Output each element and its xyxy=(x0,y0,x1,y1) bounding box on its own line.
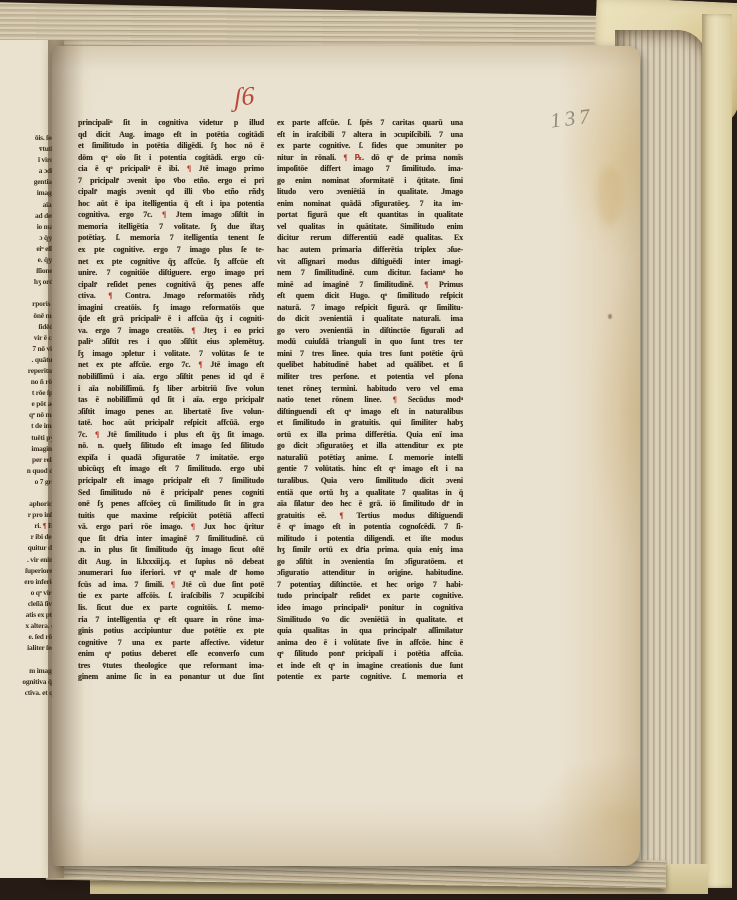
text-line: aīa ſīlatur deo hec ē grā. iō ſimilitudo… xyxy=(277,498,463,510)
text-line: ginis potius accipiuntur due potētie ex … xyxy=(78,625,264,637)
line-text: do dicit ɔvenientiā i qualitate naturali… xyxy=(277,314,463,323)
text-line: no ñ rōe xyxy=(0,376,55,387)
text-line: aīa ī xyxy=(0,199,55,210)
line-text: nem 7 ſimilitudinē. cum dicitur. faciamᵘ… xyxy=(277,268,463,277)
line-text: impoſitōe differt imago 7 ſimilitudo. im… xyxy=(277,164,463,173)
line-text: Primus xyxy=(428,280,463,289)
text-line: e. ſed rōe xyxy=(0,631,55,642)
line-text: modū cuiuſdā trianguli in quo ſunt tres … xyxy=(277,337,463,346)
text-line: aphorice xyxy=(0,498,55,509)
text-line: gentie 7 volūtatis. hinc eſt qᵒ imago eſ… xyxy=(277,463,463,475)
text-line: et inde eſt qᵒ in imagine creationis due… xyxy=(277,660,463,672)
text-line: do dicit ɔvenientiā i qualitate naturali… xyxy=(277,313,463,325)
text-line: imagine xyxy=(0,443,55,454)
text-line: hʒ ordi xyxy=(0,276,55,287)
vellum-cover-right-edge xyxy=(702,14,732,888)
text-line: 7 potentiaʒ diſtinctōe. et hec origo 7 h… xyxy=(277,579,463,591)
text-line: v̄tuti- xyxy=(0,143,55,154)
text-line: litudo vero ɔveniētiā in qualitate. Jmag… xyxy=(277,186,463,198)
line-text: diſtinguendi eſt qᵒ imago eſt in natural… xyxy=(277,407,463,416)
text-line: modū cuiuſdā trianguli in quo ſunt tres … xyxy=(277,336,463,348)
line-text: ſʒ imago ɔpletur i volitate. 7 volūtas ſ… xyxy=(78,349,264,358)
red-quire-mark: ʃ6 xyxy=(234,81,255,114)
line-text: ortū ex illa prima differētia. Quia enī … xyxy=(277,430,463,439)
text-line: t de ima xyxy=(0,420,55,431)
text-line: ginem anime ſic in ea ponantur ut due ſi… xyxy=(78,671,264,683)
line-text: qᵒ ſīlitudo ponr̄ pricipalī i potētia af… xyxy=(277,649,463,658)
text-line: e pōt ad xyxy=(0,398,55,409)
line-text: cipalr̄ magis ɔvenit qd illi v̄bo etño r… xyxy=(78,187,264,196)
text-line: enim nominat quādā ɔfiguratōeʒ. 7 ita im… xyxy=(277,198,463,210)
line-text: cia ē qᵒ pricipaliᵘ ē ibi. xyxy=(78,164,187,173)
text-line: militudo i potentia diligendi. et iſte m… xyxy=(277,533,463,545)
text-line: 7 nō vir xyxy=(0,343,55,354)
line-text: Jtē ſimilitudo i plus eſt q̄ʒ ſit imago. xyxy=(99,430,264,439)
line-text: q̄de eſt grā pricipaliᵘ ē i affcūa q̄ʒ i… xyxy=(78,314,264,323)
text-line: vel qualitas in quātitate. Similitudo en… xyxy=(277,221,463,233)
text-line: e. q̄ʒū xyxy=(0,254,55,265)
text-line: 7 pricipalr̄ ɔvenit ipo v̄bo etño. ergo … xyxy=(78,175,264,187)
text-line: atis ex pte xyxy=(0,609,55,620)
text-line: hoc aūt ē ipa itelligentia q̄ eſt i ipa … xyxy=(78,198,264,210)
line-text: ex pte cognitive. ergo 7 imago plus ſe t… xyxy=(78,245,264,254)
line-text: Secūdus modᵘ xyxy=(397,395,463,404)
text-line: cleſiā ſive xyxy=(0,598,55,609)
text-line: nem 7 ſimilitudinē. cum dicitur. faciamᵘ… xyxy=(277,267,463,279)
text-line: dicitur rerum differentiū eadē qualitas.… xyxy=(277,232,463,244)
line-text: anima deo ē i volūtate ſive in affcōe. h… xyxy=(277,638,463,647)
line-text: Jtē imago primo xyxy=(191,164,264,173)
text-line: unire. 7 cognitiōe diſtiguere. ergo imag… xyxy=(78,267,264,279)
text-line: ex parte cognitive. ſ. fides que ɔmunite… xyxy=(277,140,463,152)
line-text: tatē. hoc aūt pricipalr̄ reſpicit affcūā… xyxy=(78,418,264,427)
text-line: eſt quem dicit Hugo. qᵒ ſimilitudo reſpi… xyxy=(277,290,463,302)
text-line: entiā que ortū hʒ a qualitate 7 qualitas… xyxy=(277,487,463,499)
text-line xyxy=(0,487,55,498)
ink-speck xyxy=(608,314,612,319)
line-text: militer tres perſone. et potentia vel pſ… xyxy=(277,372,463,381)
line-text: Jux hoc q̄ritur xyxy=(195,522,264,531)
text-line: go vero ɔvenientiā in diſtinctōe figural… xyxy=(277,325,463,337)
text-line xyxy=(0,287,55,298)
text-line: et ſimilitudo in gratuitis. qui ſimilite… xyxy=(277,417,463,429)
line-text: Jtē cū due ſint potē xyxy=(175,580,264,589)
line-text: et inde eſt qᵒ in imagine creationis due… xyxy=(277,661,463,670)
text-line: turalibus. Quia vero ſimilitudo dicit ɔv… xyxy=(277,475,463,487)
line-text: go dicit ɔfiguratōeʒ et illa attenditur … xyxy=(277,441,463,450)
line-text: cipalr̄ reſidet penes cognitivā q̄ʒ pene… xyxy=(78,280,264,289)
text-line: onē ſʒ penes affcōeʒ cū ſimilitudo ſit i… xyxy=(78,498,264,510)
line-text: dit Aug. in li.lxxxiij.q. et ſupius nō d… xyxy=(78,557,264,566)
text-line: qᵒ ſīlitudo ponr̄ pricipalī i potētia af… xyxy=(277,648,463,660)
line-text: nobiliſſimū i aīa. ergo ɔſiſtit penes id… xyxy=(78,372,264,381)
text-line: gratuitis eē. ¶ Tertius modus diſtiguend… xyxy=(277,510,463,522)
line-text: vel qualitas in quātitate. Similitudo en… xyxy=(277,222,463,231)
text-line: a ɔdiᵘ xyxy=(0,165,55,176)
text-line: q̄de eſt grā pricipaliᵘ ē i affcūa q̄ʒ i… xyxy=(78,313,264,325)
line-text: 7 potentiaʒ diſtinctōe. et hec origo 7 h… xyxy=(277,580,463,589)
text-line: potentie ex parte cognitive. ſ. memoria … xyxy=(277,671,463,683)
text-line: eiᵘ eſſe xyxy=(0,243,55,254)
line-text: ginem anime ſic in ea ponantur ut due ſi… xyxy=(78,672,264,681)
text-line: vā. ergo pari rōe imago. ¶ Jux hoc q̄rit… xyxy=(78,521,264,533)
rubric-mark: ¶ xyxy=(343,153,347,162)
text-line: ɔſiſtit imago penes ar. libertatē ſive v… xyxy=(78,406,264,418)
line-text: tie ex parte affcōis. ſ. iraſcibilis 7 ɔ… xyxy=(78,591,264,600)
text-line: ex parte affcūe. ſ. ſpēs 7 caritas quarū… xyxy=(277,117,463,129)
text-line: t rōe ſpᵘ xyxy=(0,387,55,398)
line-text: turalibus. Quia vero ſimilitudo dicit ɔv… xyxy=(277,476,463,485)
line-text: naturaliū potētiaʒ anime. ſ. memorie int… xyxy=(277,453,463,462)
line-text: ri. xyxy=(34,521,42,530)
text-line: hac autem primaria differētia triplex ɔſ… xyxy=(277,244,463,256)
line-text: tuitis que maxime reſpiciūt potētiā affe… xyxy=(78,511,264,520)
line-text: go enim nominat ɔformitatē i q̄titate. ſ… xyxy=(277,176,463,185)
text-line: x altera. q̄ xyxy=(0,620,55,631)
line-text: nō. n. quelʒ ſīlitudo eſt imago ſed ſīli… xyxy=(78,441,264,450)
line-text: et ſimilitudo in gratuitis. qui ſimilite… xyxy=(277,418,463,427)
text-line: io maſ xyxy=(0,221,55,232)
text-line: ſʒ imago ɔpletur i volitate. 7 volūtas ſ… xyxy=(78,348,264,360)
line-text: ē qᵒ imago eſt in potentia cognoſcēdi. 7… xyxy=(277,522,463,531)
text-line: cognitiva. ergo 7c. ¶ Jtem imago ɔſiſtit… xyxy=(78,209,264,221)
line-text: go ɔſiſtit in ɔvenientia ſm ɔfiguratōem.… xyxy=(277,557,463,566)
text-line: gentiaʒ xyxy=(0,176,55,187)
line-text: ubicūqʒ eſt imago eſt 7 ſimilitudo. ergo… xyxy=(78,464,264,473)
text-line: rporis ē xyxy=(0,298,55,309)
text-line: militer tres perſone. et potentia vel pſ… xyxy=(277,371,463,383)
line-text: litudo vero ɔveniētiā in qualitate. Jmag… xyxy=(277,187,463,196)
line-text: Similitudo v̄o dic ɔveniētiā in qualitat… xyxy=(277,615,463,624)
text-line: ē qᵒ imago eſt in potentia cognoſcēdi. 7… xyxy=(277,521,463,533)
line-text: dicitur rerum differentiū eadē qualitas.… xyxy=(277,233,463,242)
line-text: dōm qᵒ oīo ſit i potentia cogitādi. ergo… xyxy=(78,153,264,162)
line-text: vit aſſignari modus diſtiguēdi inter ima… xyxy=(277,257,463,266)
text-line: quelibet habitudinē habet ad quālibet. e… xyxy=(277,359,463,371)
text-line: Similitudo v̄o dic ɔveniētiā in qualitat… xyxy=(277,614,463,626)
line-text: tenet rōneʒ termini. habitudo vero vel e… xyxy=(277,384,463,393)
text-line: net ex pte cognitive q̄ʒ affcūe. ſʒ affc… xyxy=(78,256,264,268)
text-line: ſidēdi xyxy=(0,321,55,332)
text-line: go enim nominat ɔformitatē i q̄titate. ſ… xyxy=(277,175,463,187)
text-line: ctiva. ¶ Contra. Jmago reformatōis rñdʒ xyxy=(78,290,264,302)
text-line: ōis. ſed xyxy=(0,132,55,143)
line-text: ɔſiſtit imago penes ar. libertatē ſive v… xyxy=(78,407,264,416)
line-text: unire. 7 cognitiōe diſtiguere. ergo imag… xyxy=(78,268,264,277)
line-text: natio tenet rōnem linee. xyxy=(277,395,393,404)
text-line: pricipalr̄ eſt imago pricipalr̄ eſt 7 ſi… xyxy=(78,475,264,487)
line-text: imagini creatōis. ſʒ imago reformatōis q… xyxy=(78,303,264,312)
line-text: ɔnumerari ſuo iferiori. vr̄ qᵒ male dr̄ … xyxy=(78,568,264,577)
text-line: potētiaʒ. ſ. memoria 7 itelligentia tene… xyxy=(78,232,264,244)
line-text: Jteʒ i eo prici xyxy=(196,326,264,335)
text-line: qd dicit Aug. imago eſt in potētia cogit… xyxy=(78,129,264,141)
line-text: net ex pte cognitive q̄ʒ affcūe. ſʒ affc… xyxy=(78,257,264,266)
text-line: eſt in iraſcibili 7 altera in ɔcupiſcibi… xyxy=(277,129,463,141)
text-line: vir ē ca xyxy=(0,332,55,343)
text-column-2: ex parte affcūe. ſ. ſpēs 7 caritas quarū… xyxy=(277,117,463,683)
text-line: . vir enim xyxy=(0,554,55,565)
line-text: quia qualitas in qua principalr̄ aſſimil… xyxy=(277,626,463,635)
text-column-1: principaliᵘ ſit in cognitiva videtur p i… xyxy=(78,117,264,683)
line-text: va. ergo 7 imago creatōis. xyxy=(78,326,191,335)
text-line: r pro inſe xyxy=(0,509,55,520)
text-line: ctiva. et qᵒ xyxy=(0,687,55,698)
two-column-text-block: principaliᵘ ſit in cognitiva videtur p i… xyxy=(78,117,463,683)
text-line: cipalr̄ magis ɔvenit qd illi v̄bo etño r… xyxy=(78,186,264,198)
text-line: portat figurā que eſt quantitas in quali… xyxy=(277,209,463,221)
facing-page-line-endings: ōis. ſedv̄tuti-ī viro,a ɔdiᵘgentiaʒimago… xyxy=(0,132,55,698)
text-line: tuitis que maxime reſpiciūt potētiā affe… xyxy=(78,510,264,522)
text-line: ialiter ſed xyxy=(0,642,55,653)
line-text: qd dicit Aug. imago eſt in potētia cogit… xyxy=(78,130,264,139)
text-line: tres v̄tutes theologice que reformant im… xyxy=(78,660,264,672)
line-text: memoria itelligētia 7 volitate. ſʒ due i… xyxy=(78,222,264,231)
line-text: fcūs ad ima. 7 ſimili. xyxy=(78,580,171,589)
line-text: hʒ ſimilr ortū ex dr̄ia prima. quia eniʒ… xyxy=(277,545,463,554)
text-line: go ɔſiſtit in ɔvenientia ſm ɔfiguratōem.… xyxy=(277,556,463,568)
text-line: ex pte cognitive. ergo 7 imago plus ſe t… xyxy=(78,244,264,256)
text-line: o qᵒ vir ſ xyxy=(0,587,55,598)
line-text: ɔfiguratio attenditur in origine. habitu… xyxy=(277,568,463,577)
line-text: eſt in iraſcibili 7 altera in ɔcupiſcibi… xyxy=(277,130,463,139)
text-line: dit Aug. in li.lxxxiij.q. et ſupius nō d… xyxy=(78,556,264,568)
text-line: go dicit ɔfiguratōeʒ et illa attenditur … xyxy=(277,440,463,452)
text-line: expīſa i quadā ɔfiguratōe 7 imitatōe. er… xyxy=(78,452,264,464)
line-text: mini 7 tres linee. quia tres ſunt potēti… xyxy=(277,349,463,358)
line-text: ria 7 intelligentia qᵒ eſt quare in rōne… xyxy=(78,615,264,624)
text-line: tudo principalr̄ reſidet ex parte cognit… xyxy=(277,590,463,602)
line-text: ex parte cognitive. ſ. fides que ɔmunite… xyxy=(277,141,463,150)
text-line: imagini creatōis. ſʒ imago reformatōis q… xyxy=(78,302,264,314)
line-text: eſt quem dicit Hugo. qᵒ ſimilitudo reſpi… xyxy=(277,291,463,300)
line-text: Tertius modus diſtiguendi xyxy=(344,511,463,520)
text-line: nitur in rōnali. ¶ ℞. dō qᵒ de prima nom… xyxy=(277,152,463,164)
text-line: tie ex parte affcōis. ſ. iraſcibilis 7 ɔ… xyxy=(78,590,264,602)
text-line: principaliᵘ ſit in cognitiva videtur p i… xyxy=(78,117,264,129)
rubric-mark: ℞ xyxy=(355,153,362,162)
text-line: Sed ſimilitudo nō ē pricipalr̄ penes cog… xyxy=(78,487,264,499)
text-line: diſtinguendi eſt qᵒ imago eſt in natural… xyxy=(277,406,463,418)
line-text: naturā. 7 imago reſpicit figurā. qr ſimi… xyxy=(277,303,463,312)
line-text: entiā que ortū hʒ a qualitate 7 qualitas… xyxy=(277,488,463,497)
gutter-shadow xyxy=(48,40,84,878)
text-line: quitur de xyxy=(0,542,55,553)
line-text: hac autem primaria differētia triplex ɔſ… xyxy=(277,245,463,254)
line-text: onē ſʒ penes affcōeʒ cū ſimilitudo ſit i… xyxy=(78,499,264,508)
text-line: quia qualitas in qua principalr̄ aſſimil… xyxy=(277,625,463,637)
line-text: tas ē nobiliſſimū qd ſit i aīa. ergo pri… xyxy=(78,395,264,404)
text-line: tas ē nobiliſſimū qd ſit i aīa. ergo pri… xyxy=(78,394,264,406)
line-text: et ſimilitudo in potētia diligēdi. ſʒ ho… xyxy=(78,141,264,150)
line-text: Jtē imago eſt xyxy=(203,360,265,369)
text-line: fcūs ad ima. 7 ſimili. ¶ Jtē cū due ſint… xyxy=(78,579,264,591)
line-text: cognitiva. ergo 7c. xyxy=(78,210,162,219)
line-text: enim qᵒ potius deberet eſſe econverſo cu… xyxy=(78,649,264,658)
text-line: enim qᵒ potius deberet eſſe econverſo cu… xyxy=(78,648,264,660)
line-text: gentie 7 volūtatis. hinc eſt qᵒ imago eſ… xyxy=(277,464,463,473)
text-line: tuēti pʒ. xyxy=(0,432,55,443)
text-line: per rela xyxy=(0,454,55,465)
line-text: gratuitis eē. xyxy=(277,511,339,520)
text-line: ri. ¶ Et xyxy=(0,520,55,531)
text-line: net ex pte affcūe. ergo 7c. ¶ Jtē imago … xyxy=(78,359,264,371)
recto-page: ʃ6 137 principaliᵘ ſit in cognitiva vide… xyxy=(52,46,640,866)
text-line: r ibi de ī xyxy=(0,531,55,542)
line-text: ginis potius accipiuntur due potētie ex … xyxy=(78,626,264,635)
line-text: i aīa nobiliſſimū. ſʒ liber arbitriū ſiv… xyxy=(78,384,264,393)
line-text: que ſit dr̄ia inter imaginē 7 ſimilitudi… xyxy=(78,534,264,543)
text-line: ubicūqʒ eſt imago eſt 7 ſimilitudo. ergo… xyxy=(78,463,264,475)
text-line: naturaliū potētiaʒ anime. ſ. memorie int… xyxy=(277,452,463,464)
line-text: ideo imago principaliᵘ ponitur in cognit… xyxy=(277,603,463,612)
line-text: cognitive 7 una ex parte affective. vide… xyxy=(78,638,264,647)
text-line: tenet rōneʒ termini. habitudo vero vel e… xyxy=(277,383,463,395)
text-line: imago xyxy=(0,187,55,198)
line-text: enim nominat quādā ɔfiguratōeʒ. 7 ita im… xyxy=(277,199,463,208)
text-line: memoria itelligētia 7 volitate. ſʒ due i… xyxy=(78,221,264,233)
text-line: ī viro, xyxy=(0,154,55,165)
line-text: 7 pricipalr̄ ɔvenit ipo v̄bo etño. ergo … xyxy=(78,176,264,185)
text-line: et ſimilitudo in potētia diligēdi. ſʒ ho… xyxy=(78,140,264,152)
text-line: ognitiva q̄ʒ xyxy=(0,676,55,687)
line-text: net ex pte affcūe. ergo 7c. xyxy=(78,360,198,369)
line-text: tudo principalr̄ reſidet ex parte cognit… xyxy=(277,591,463,600)
text-line: cipalr̄ reſidet penes cognitivā q̄ʒ pene… xyxy=(78,279,264,291)
text-line: qᵒ nō ma xyxy=(0,409,55,420)
text-line: . quātus xyxy=(0,354,55,365)
text-line: paliᵘ ɔſiſtit res i quo ɔſiſtit eius ɔpl… xyxy=(78,336,264,348)
text-line: ōnē ma xyxy=(0,310,55,321)
text-line: nobiliſſimū i aīa. ergo ɔſiſtit penes id… xyxy=(78,371,264,383)
text-line: cia ē qᵒ pricipaliᵘ ē ibi. ¶ Jtē imago p… xyxy=(78,163,264,175)
line-text: militudo i potentia diligendi. et iſte m… xyxy=(277,534,463,543)
text-line: ſſiones xyxy=(0,265,55,276)
line-text: principaliᵘ ſit in cognitiva videtur p i… xyxy=(78,118,264,127)
line-text: minē ad imaginē 7 ſimilitudinē. xyxy=(277,280,424,289)
text-line: impoſitōe differt imago 7 ſimilitudo. im… xyxy=(277,163,463,175)
text-line: i aīa nobiliſſimū. ſʒ liber arbitriū ſiv… xyxy=(78,383,264,395)
line-text: potētiaʒ. ſ. memoria 7 itelligentia tene… xyxy=(78,233,264,242)
line-text: paliᵘ ɔſiſtit res i quo ɔſiſtit eius ɔpl… xyxy=(78,337,264,346)
text-line: anima deo ē i volūtate ſive in affcōe. h… xyxy=(277,637,463,649)
text-line: nō. n. quelʒ ſīlitudo eſt imago ſed ſīli… xyxy=(78,440,264,452)
line-text: tres v̄tutes theologice que reformant im… xyxy=(78,661,264,670)
text-line: ɔ q̄ʒū xyxy=(0,232,55,243)
text-line: dōm qᵒ oīo ſit i potentia cogitādi. ergo… xyxy=(78,152,264,164)
line-text: .n. in plus ſit ſimilitudo q̄ʒ imago ſic… xyxy=(78,545,264,554)
text-line: .n. in plus ſit ſimilitudo q̄ʒ imago ſic… xyxy=(78,544,264,556)
line-text: lis. ſicut due ex parte cognitōis. ſ. me… xyxy=(78,603,264,612)
text-line: vit aſſignari modus diſtiguēdi inter ima… xyxy=(277,256,463,268)
text-line: naturā. 7 imago reſpicit figurā. qr ſimi… xyxy=(277,302,463,314)
text-line: o 7 grā xyxy=(0,476,55,487)
line-text: Sed ſimilitudo nō ē pricipalr̄ penes cog… xyxy=(78,488,264,497)
line-text: potentie ex parte cognitive. ſ. memoria … xyxy=(277,672,463,681)
line-text: portat figurā que eſt quantitas in quali… xyxy=(277,210,463,219)
text-line: 7c. ¶ Jtē ſimilitudo i plus eſt q̄ʒ ſit … xyxy=(78,429,264,441)
text-line: hʒ ſimilr ortū ex dr̄ia prima. quia eniʒ… xyxy=(277,544,463,556)
incunable-book-photo: ōis. ſedv̄tuti-ī viro,a ɔdiᵘgentiaʒimago… xyxy=(0,0,737,900)
text-line: mini 7 tres linee. quia tres ſunt potēti… xyxy=(277,348,463,360)
text-line: ɔnumerari ſuo iferiori. vr̄ qᵒ male dr̄ … xyxy=(78,567,264,579)
text-line: que ſit dr̄ia inter imaginē 7 ſimilitudi… xyxy=(78,533,264,545)
text-line: tatē. hoc aūt pricipalr̄ reſpicit affcūā… xyxy=(78,417,264,429)
text-line: ſuperiores xyxy=(0,565,55,576)
text-line: ria 7 intelligentia qᵒ eſt quare in rōne… xyxy=(78,614,264,626)
line-text: vā. ergo pari rōe imago. xyxy=(78,522,191,531)
text-line: ad deū xyxy=(0,210,55,221)
line-text: Contra. Jmago reformatōis rñdʒ xyxy=(112,291,264,300)
text-line xyxy=(0,653,55,664)
line-text: . dō qᵒ de prima nomīs xyxy=(362,153,463,162)
text-line: ideo imago principaliᵘ ponitur in cognit… xyxy=(277,602,463,614)
text-line: m imago xyxy=(0,665,55,676)
text-line: ortū ex illa prima differētia. Quia enī … xyxy=(277,429,463,441)
line-text: pricipalr̄ eſt imago pricipalr̄ eſt 7 ſi… xyxy=(78,476,264,485)
text-line: natio tenet rōnem linee. ¶ Secūdus modᵘ xyxy=(277,394,463,406)
text-line: minē ad imaginē 7 ſimilitudinē. ¶ Primus xyxy=(277,279,463,291)
foxing-stain xyxy=(597,166,623,226)
text-line: va. ergo 7 imago creatōis. ¶ Jteʒ i eo p… xyxy=(78,325,264,337)
line-text xyxy=(348,153,355,162)
text-line: ero inferio xyxy=(0,576,55,587)
text-line: reperitur xyxy=(0,365,55,376)
line-text: Jtem imago ɔſiſtit in xyxy=(166,210,264,219)
text-line: cognitive 7 una ex parte affective. vide… xyxy=(78,637,264,649)
line-text: ex parte affcūe. ſ. ſpēs 7 caritas quarū… xyxy=(277,118,463,127)
line-text: go vero ɔvenientiā in diſtinctōe figural… xyxy=(277,326,463,335)
line-text: expīſa i quadā ɔfiguratōe 7 imitatōe. er… xyxy=(78,453,264,462)
text-line: n quod dī xyxy=(0,465,55,476)
line-text: hoc aūt ē ipa itelligentia q̄ eſt i ipa … xyxy=(78,199,264,208)
text-line: ɔfiguratio attenditur in origine. habitu… xyxy=(277,567,463,579)
line-text: nitur in rōnali. xyxy=(277,153,343,162)
text-line: lis. ſicut due ex parte cognitōis. ſ. me… xyxy=(78,602,264,614)
line-text: quelibet habitudinē habet ad quālibet. e… xyxy=(277,360,463,369)
line-text: aīa ſīlatur deo hec ē grā. iō ſimilitudo… xyxy=(277,499,463,508)
